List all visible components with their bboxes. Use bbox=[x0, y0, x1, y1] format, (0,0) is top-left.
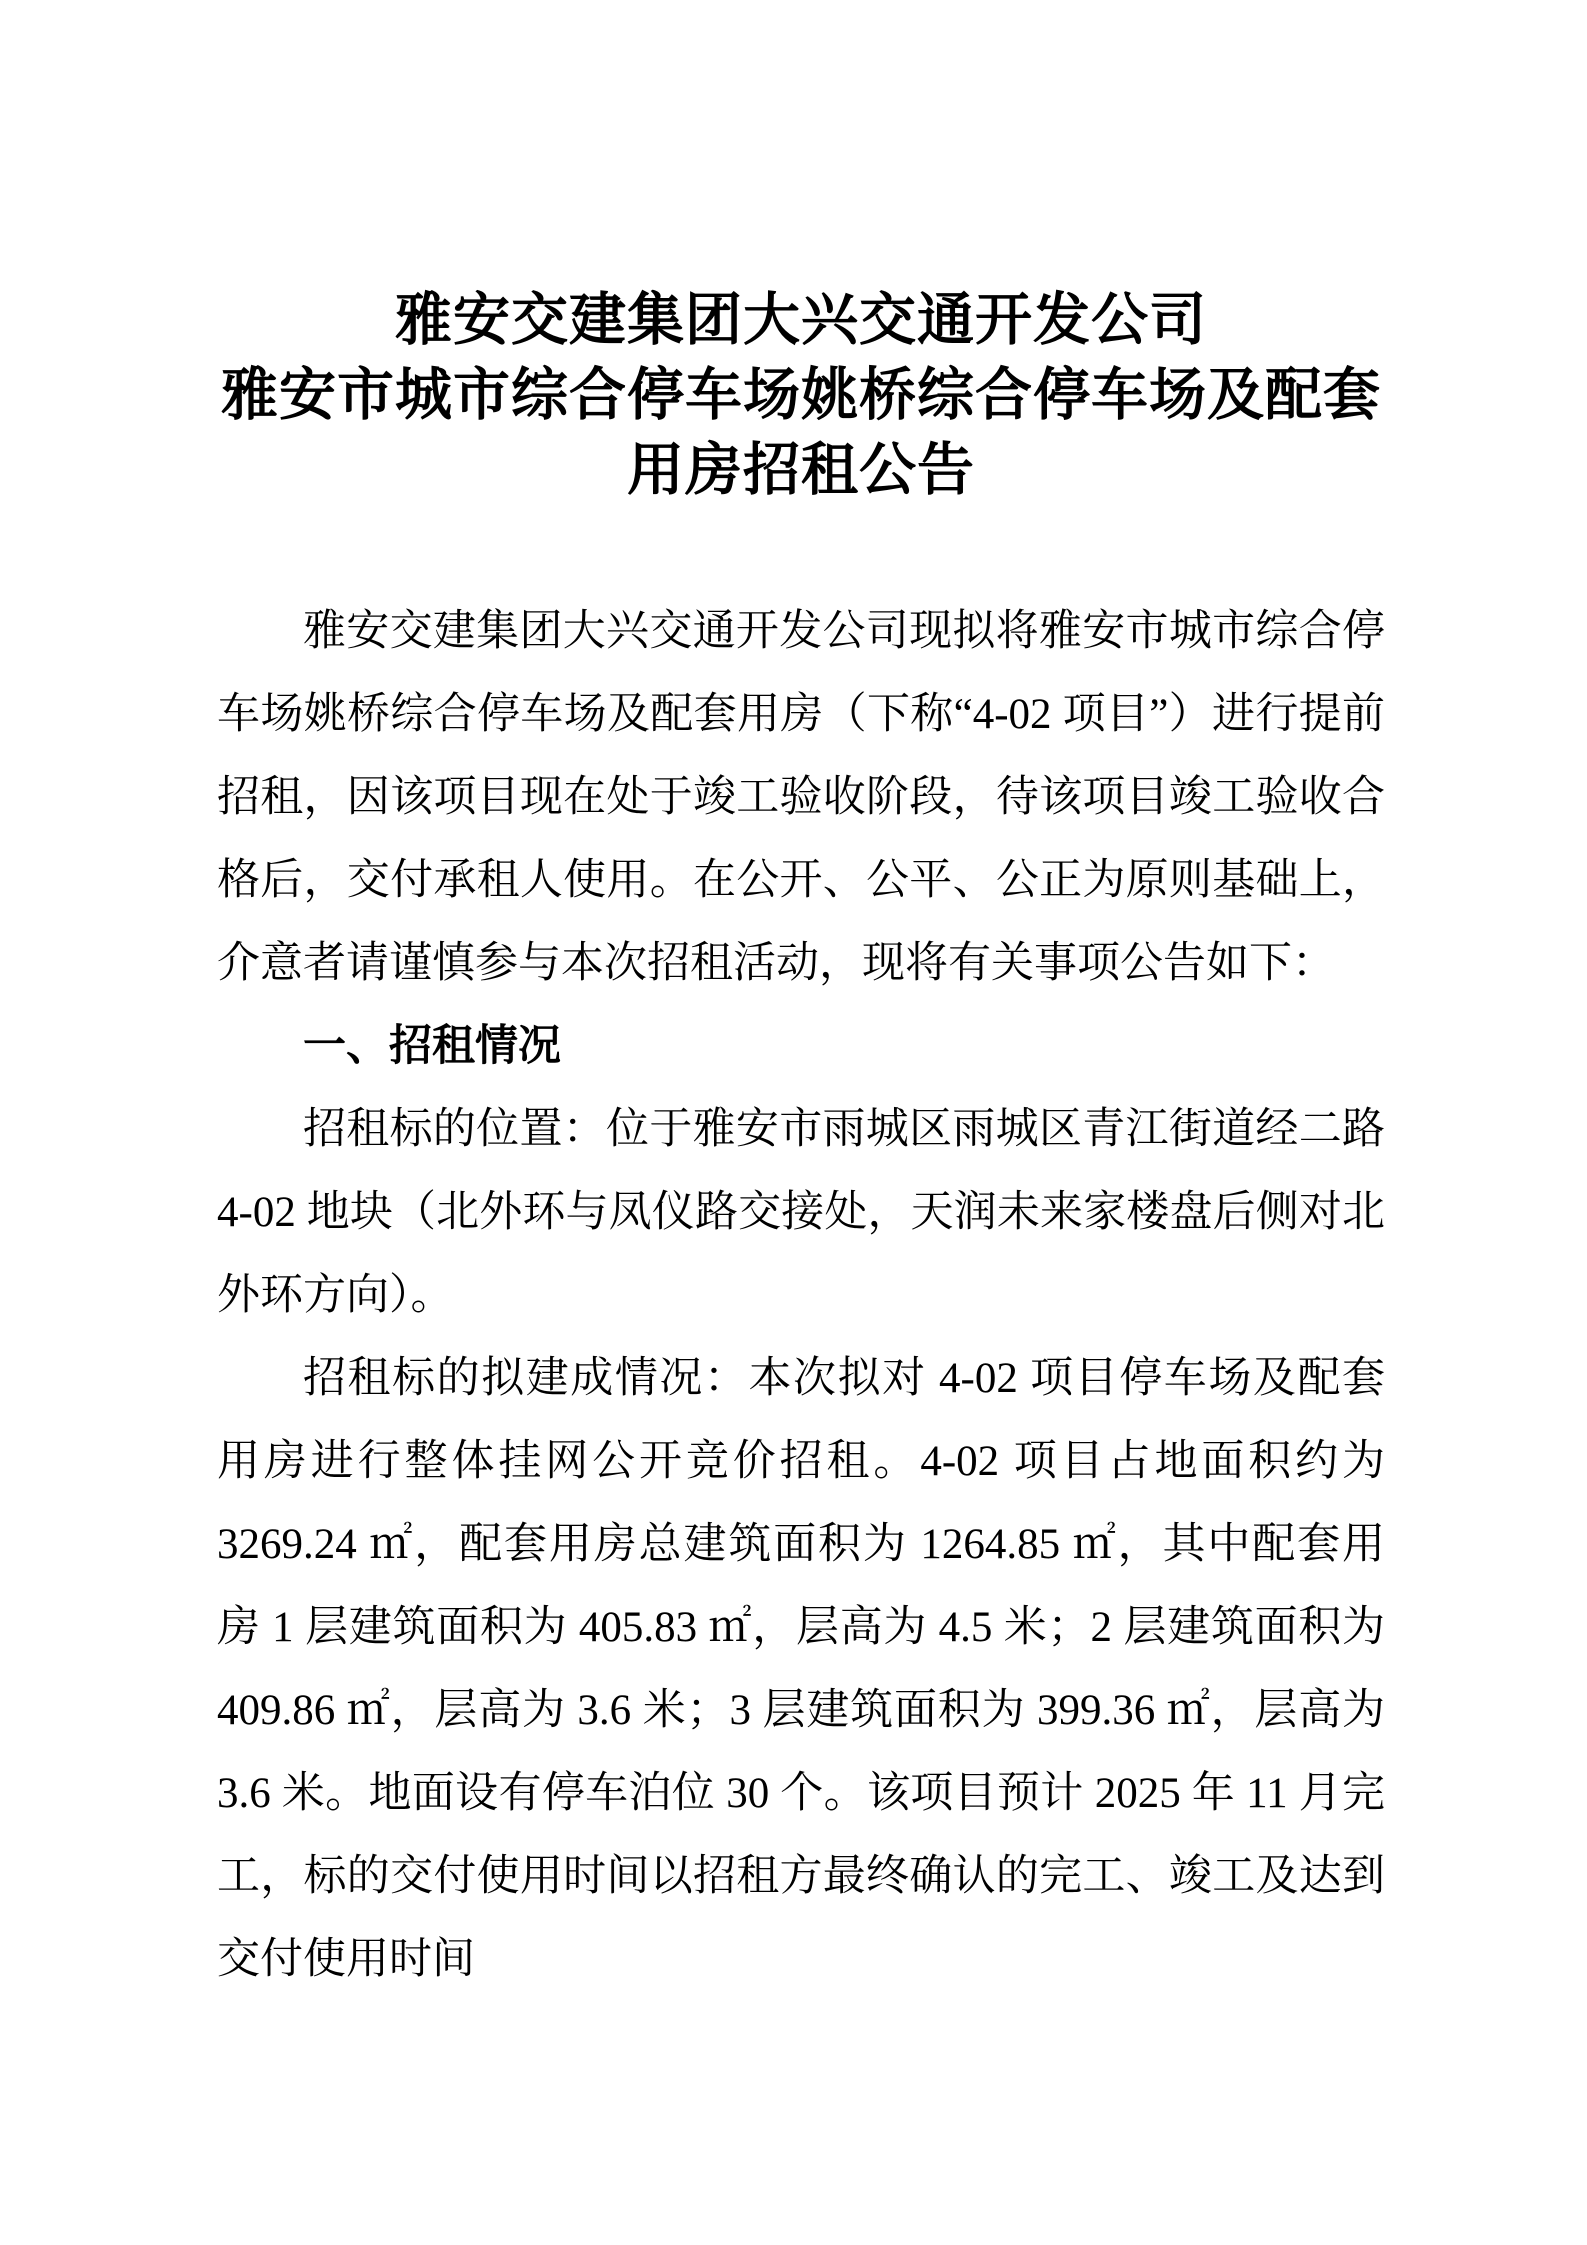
intro-paragraph: 雅安交建集团大兴交通开发公司现拟将雅安市城市综合停车场姚桥综合停车场及配套用房（… bbox=[217, 590, 1385, 1005]
title-line-3: 用房招租公告 bbox=[217, 433, 1385, 508]
document-page: 雅安交建集团大兴交通开发公司 雅安市城市综合停车场姚桥综合停车场及配套 用房招租… bbox=[0, 0, 1587, 2245]
document-title: 雅安交建集团大兴交通开发公司 雅安市城市综合停车场姚桥综合停车场及配套 用房招租… bbox=[217, 283, 1385, 508]
construction-status-paragraph: 招租标的拟建成情况：本次拟对 4-02 项目停车场及配套用房进行整体挂网公开竞价… bbox=[217, 1337, 1385, 2001]
title-line-2: 雅安市城市综合停车场姚桥综合停车场及配套 bbox=[217, 358, 1385, 433]
title-line-1: 雅安交建集团大兴交通开发公司 bbox=[217, 283, 1385, 358]
location-paragraph: 招租标的位置：位于雅安市雨城区雨城区青江街道经二路 4-02 地块（北外环与凤仪… bbox=[217, 1088, 1385, 1337]
section-heading-rental-info: 一、招租情况 bbox=[217, 1005, 1385, 1088]
document-content: 雅安交建集团大兴交通开发公司 雅安市城市综合停车场姚桥综合停车场及配套 用房招租… bbox=[217, 0, 1385, 2001]
document-body: 雅安交建集团大兴交通开发公司现拟将雅安市城市综合停车场姚桥综合停车场及配套用房（… bbox=[217, 590, 1385, 2001]
